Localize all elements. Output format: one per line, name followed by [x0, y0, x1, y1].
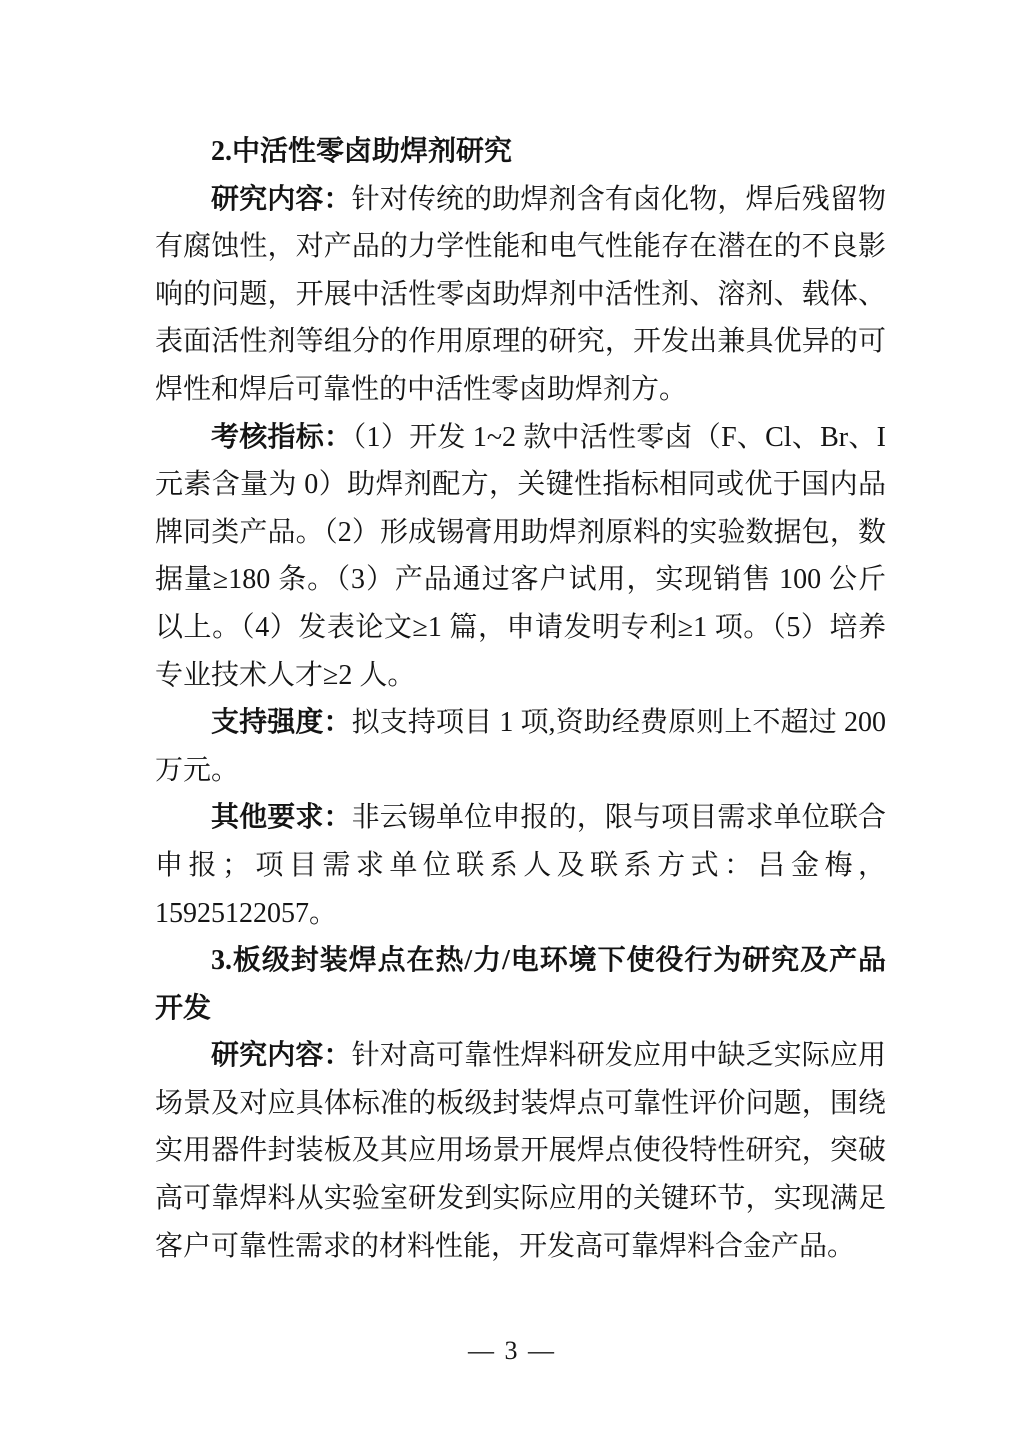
- section-2-support-strength-paragraph: 支持强度：拟支持项目 1 项,资助经费原则上不超过 200 万元。: [155, 699, 886, 794]
- page-footer: — 3 —: [0, 1336, 1024, 1366]
- assessment-indicators-label: 考核指标：: [211, 422, 352, 453]
- document-page: 2.中活性零卤助焊剂研究 研究内容：针对传统的助焊剂含有卤化物，焊后残留物有腐蚀…: [0, 0, 1024, 1448]
- section-3-research-content-paragraph: 研究内容：针对高可靠性焊料研发应用中缺乏实际应用场景及对应具体标准的板级封装焊点…: [155, 1032, 886, 1270]
- research-content-label: 研究内容：: [211, 1040, 352, 1071]
- section-2-other-requirements-paragraph: 其他要求：非云锡单位申报的，限与项目需求单位联合申报；项目需求单位联系人及联系方…: [155, 794, 886, 937]
- research-content-text: 针对高可靠性焊料研发应用中缺乏实际应用场景及对应具体标准的板级封装焊点可靠性评价…: [155, 1040, 886, 1261]
- section-2-heading: 2.中活性零卤助焊剂研究: [155, 128, 886, 176]
- section-2-research-content-paragraph: 研究内容：针对传统的助焊剂含有卤化物，焊后残留物有腐蚀性，对产品的力学性能和电气…: [155, 176, 886, 414]
- research-content-text: 针对传统的助焊剂含有卤化物，焊后残留物有腐蚀性，对产品的力学性能和电气性能存在潜…: [155, 184, 886, 405]
- research-content-label: 研究内容：: [211, 184, 352, 215]
- assessment-indicators-text: （1）开发 1~2 款中活性零卤（F、Cl、Br、I 元素含量为 0）助焊剂配方…: [155, 422, 886, 691]
- section-2-assessment-indicators-paragraph: 考核指标：（1）开发 1~2 款中活性零卤（F、Cl、Br、I 元素含量为 0）…: [155, 414, 886, 700]
- page-number: — 3 —: [468, 1336, 556, 1365]
- document-body: 2.中活性零卤助焊剂研究 研究内容：针对传统的助焊剂含有卤化物，焊后残留物有腐蚀…: [155, 128, 886, 1270]
- section-3-heading: 3.板级封装焊点在热/力/电环境下使役行为研究及产品开发: [155, 937, 886, 1032]
- other-requirements-label: 其他要求：: [211, 802, 352, 833]
- support-strength-label: 支持强度：: [211, 707, 352, 738]
